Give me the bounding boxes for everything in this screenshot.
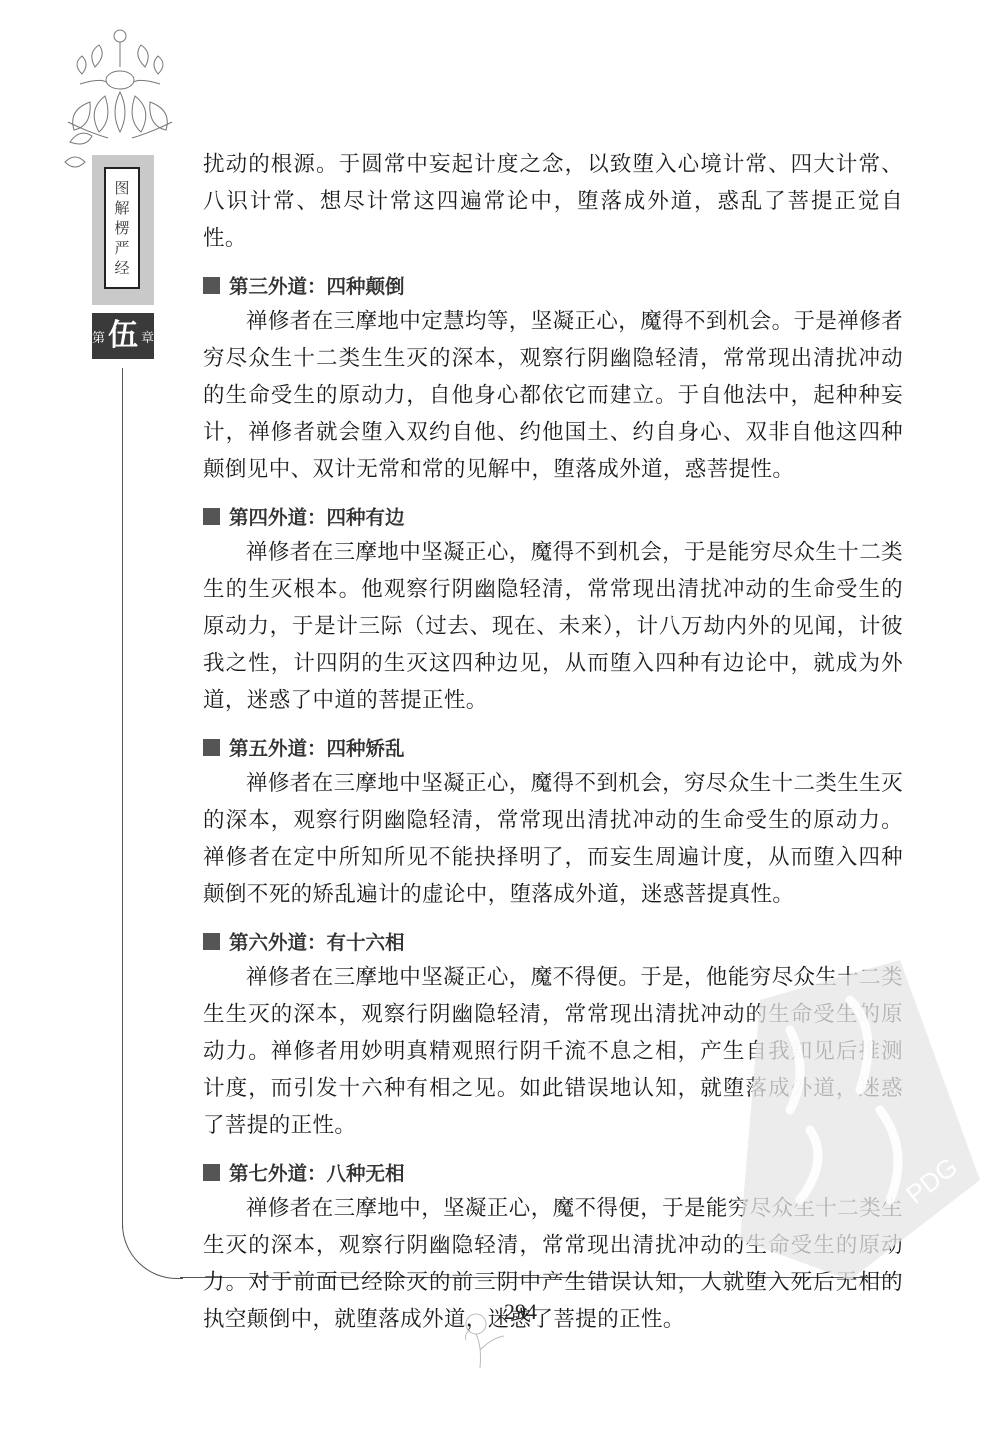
page-body: 扰动的根源。于圆常中妄起计度之念，以致堕入心境计常、四大计常、八识计常、想尽计常… [203,146,903,1338]
section-heading-text: 第六外道：有十六相 [229,927,405,955]
section-seventh-heresy: 第七外道：八种无相 禅修者在三摩地中，坚凝正心，魔不得便，于是能穷尽众生十二类生… [203,1154,903,1338]
chapter-label: 第 伍 章 [92,313,154,359]
chapter-suffix: 章 [141,327,154,346]
intro-paragraph: 扰动的根源。于圆常中妄起计度之念，以致堕入心境计常、四大计常、八识计常、想尽计常… [203,146,903,257]
watermark-text: PDG [900,1151,963,1209]
margin-rule-curve [122,1180,183,1279]
square-bullet-icon [203,1164,220,1181]
section-third-heresy: 第三外道：四种颠倒 禅修者在三摩地中定慧均等，坚凝正心，魔得不到机会。于是禅修者… [203,267,903,488]
section-paragraph: 禅修者在三摩地中，坚凝正心，魔不得便，于是能穷尽众生十二类生生灭的深本，观察行阴… [203,1190,903,1338]
section-fifth-heresy: 第五外道：四种矫乱 禅修者在三摩地中坚凝正心，魔得不到机会，穷尽众生十二类生生灭… [203,729,903,913]
book-title-char: 楞 [114,218,129,238]
chapter-prefix: 第 [92,327,105,346]
section-heading: 第七外道：八种无相 [203,1154,903,1190]
book-title-tab: 图 解 楞 严 经 [92,155,154,305]
section-heading-text: 第七外道：八种无相 [229,1158,405,1186]
book-title-char: 严 [114,238,129,258]
book-title-char: 图 [114,178,129,198]
book-title-char: 解 [114,198,129,218]
section-heading: 第五外道：四种矫乱 [203,729,903,765]
section-heading-text: 第五外道：四种矫乱 [229,733,405,761]
square-bullet-icon [203,933,220,950]
section-heading: 第四外道：四种有边 [203,498,903,534]
tree-ornament-icon [462,1310,522,1370]
section-paragraph: 禅修者在三摩地中定慧均等，坚凝正心，魔得不到机会。于是禅修者穷尽众生十二类生生灭… [203,303,903,488]
square-bullet-icon [203,277,220,294]
book-title-char: 经 [114,258,129,278]
book-title-box: 图 解 楞 严 经 [104,167,140,289]
square-bullet-icon [203,739,220,756]
section-heading: 第六外道：有十六相 [203,923,903,959]
margin-rule [122,368,123,1228]
section-heading: 第三外道：四种颠倒 [203,267,903,303]
square-bullet-icon [203,508,220,525]
section-paragraph: 禅修者在三摩地中坚凝正心，魔得不到机会，穷尽众生十二类生生灭的深本，观察行阴幽隐… [203,765,903,913]
section-sixth-heresy: 第六外道：有十六相 禅修者在三摩地中坚凝正心，魔不得便。于是，他能穷尽众生十二类… [203,923,903,1144]
section-heading-text: 第三外道：四种颠倒 [229,271,405,299]
section-paragraph: 禅修者在三摩地中坚凝正心，魔不得便。于是，他能穷尽众生十二类生生灭的深本，观察行… [203,959,903,1144]
section-heading-text: 第四外道：四种有边 [229,502,405,530]
chapter-number: 伍 [108,321,138,351]
section-paragraph: 禅修者在三摩地中坚凝正心，魔得不到机会，于是能穷尽众生十二类生的生灭根本。他观察… [203,534,903,719]
section-fourth-heresy: 第四外道：四种有边 禅修者在三摩地中坚凝正心，魔得不到机会，于是能穷尽众生十二类… [203,498,903,719]
